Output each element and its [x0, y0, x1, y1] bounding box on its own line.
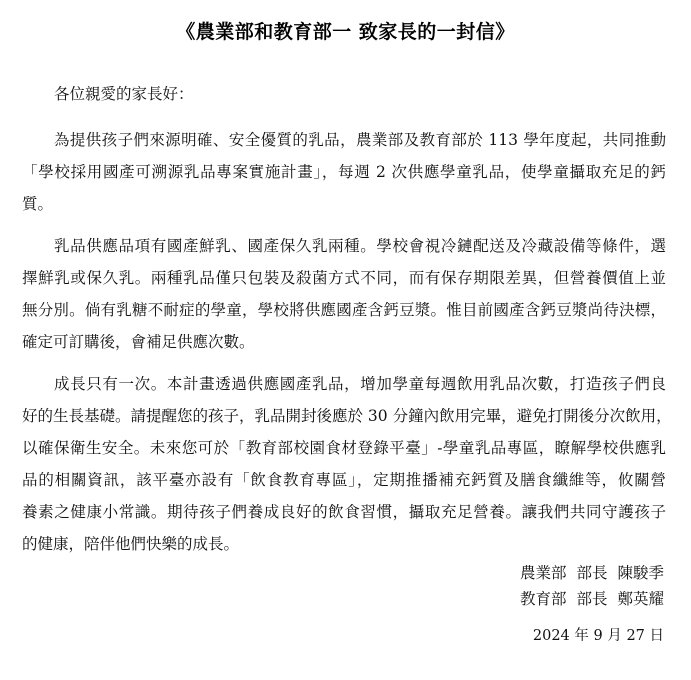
paragraph-line: 養素之健康小常識。期待孩子們養成良好的飲食習慣，攝取充足營養。讓我們共同守護孩子: [22, 496, 666, 528]
signatory-education: 教育部部長鄭英耀: [520, 586, 664, 612]
letter-date: 2024 年 9 月 27 日: [533, 624, 664, 645]
salutation: 各位親愛的家長好：: [54, 82, 194, 104]
paragraph-1: 為提供孩子們來源明確、安全優質的乳品，農業部及教育部於 113 學年度起，共同推…: [22, 124, 666, 220]
paragraph-line: 乳品供應品項有國產鮮乳、國產保久乳兩種。學校會視冷鏈配送及冷藏設備等條件，選: [22, 230, 666, 262]
paragraph-line: 以確保衛生安全。未來您可於「教育部校園食材登錄平臺」-學童乳品專區，瞭解學校供應…: [22, 432, 666, 464]
paragraph-3: 成長只有一次。本計畫透過供應國產乳品，增加學童每週飲用乳品次數，打造孩子們良 好…: [22, 368, 666, 560]
signatory-position: 部長: [576, 590, 607, 608]
paragraph-line: 擇鮮乳或保久乳。兩種乳品僅只包裝及殺菌方式不同，而有保存期限差異，但營養價值上並: [22, 262, 666, 294]
paragraph-line: 質。: [22, 188, 666, 220]
paragraph-2: 乳品供應品項有國產鮮乳、國產保久乳兩種。學校會視冷鏈配送及冷藏設備等條件，選 擇…: [22, 230, 666, 358]
paragraph-line: 為提供孩子們來源明確、安全優質的乳品，農業部及教育部於 113 學年度起，共同推…: [22, 124, 666, 156]
paragraph-line: 無分別。倘有乳糖不耐症的學童，學校將供應國產含鈣豆漿。惟目前國產含鈣豆漿尚待決標…: [22, 294, 666, 326]
paragraph-line: 品的相關資訊，該平臺亦設有「飲食教育專區」，定期推播補充鈣質及膳食纖維等，攸關營: [22, 464, 666, 496]
signatory-agriculture: 農業部部長陳駿季: [520, 560, 664, 586]
signature-block: 農業部部長陳駿季 教育部部長鄭英耀: [520, 560, 664, 612]
signatory-position: 部長: [576, 564, 607, 582]
signatory-name: 鄭英耀: [617, 590, 664, 608]
letter-title: 《農業部和教育部一 致家長的一封信》: [0, 17, 691, 44]
paragraph-line: 的健康，陪伴他們快樂的成長。: [22, 528, 666, 560]
signatory-ministry: 農業部: [520, 564, 567, 582]
signatory-name: 陳駿季: [617, 564, 664, 582]
signatory-ministry: 教育部: [520, 590, 567, 608]
paragraph-line: 確定可訂購後，會補足供應次數。: [22, 326, 666, 358]
paragraph-line: 成長只有一次。本計畫透過供應國產乳品，增加學童每週飲用乳品次數，打造孩子們良: [22, 368, 666, 400]
letter-page: 《農業部和教育部一 致家長的一封信》 各位親愛的家長好： 為提供孩子們來源明確、…: [0, 0, 691, 680]
paragraph-line: 「學校採用國產可溯源乳品專案實施計畫」，每週 2 次供應學童乳品，使學童攝取充足…: [22, 156, 666, 188]
paragraph-line: 好的生長基礎。請提醒您的孩子，乳品開封後應於 30 分鐘內飲用完畢，避免打開後分…: [22, 400, 666, 432]
